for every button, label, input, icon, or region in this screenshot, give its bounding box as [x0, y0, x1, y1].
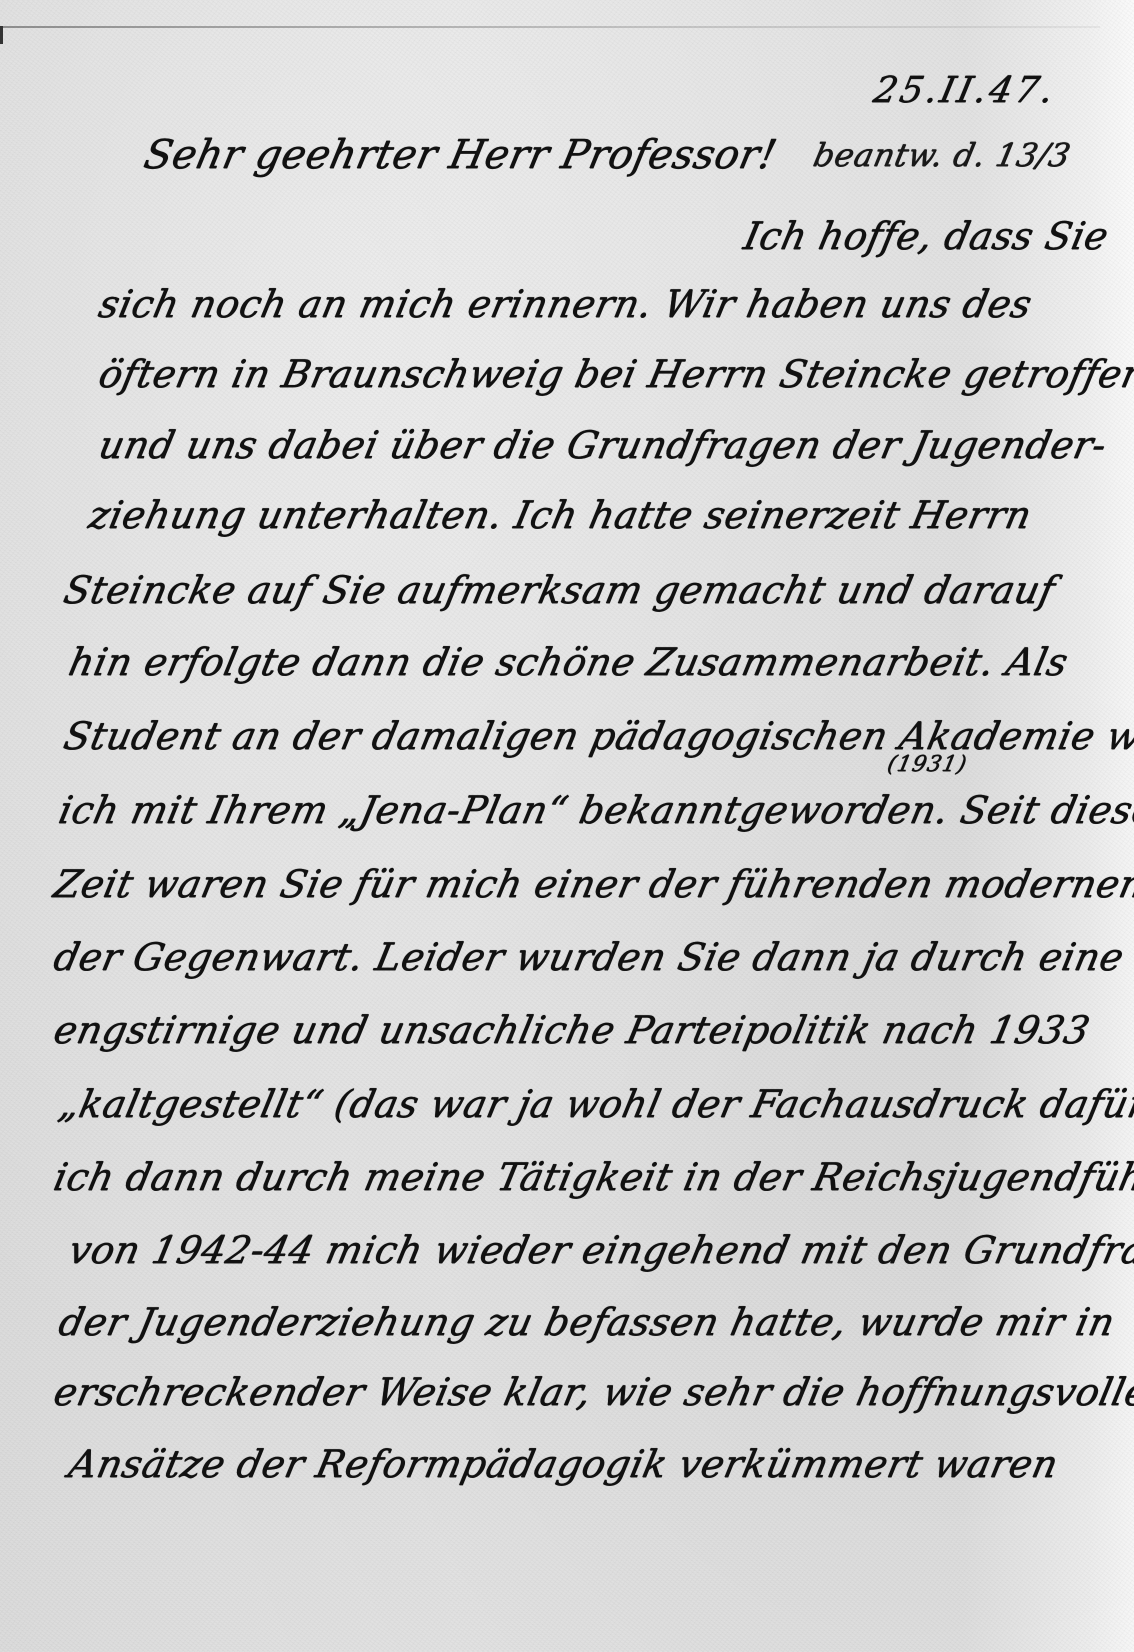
letter-line-1: Ich hoffe, dass Sie [740, 214, 1113, 258]
letter-line-11: der Gegenwart. Leider wurden Sie dann ja… [50, 935, 1134, 979]
margin-annotation: beantw. d. 13/3 [810, 136, 1074, 174]
page-corner-mark [0, 26, 3, 44]
letter-line-13: „kaltgestellt“ (das war ja wohl der Fach… [55, 1082, 1134, 1126]
letter-line-16: der Jugenderziehung zu befassen hatte, w… [55, 1300, 1119, 1344]
letter-line-5: ziehung unterhalten. Ich hatte seinerzei… [85, 493, 1036, 537]
year-note: (1931) [885, 752, 969, 777]
letter-line-7: hin erfolgte dann die schöne Zusammenarb… [65, 640, 1072, 684]
letter-line-12: engstirnige und unsachliche Parteipoliti… [50, 1008, 1094, 1052]
letter-line-4: und uns dabei über die Grundfragen der J… [95, 423, 1111, 467]
letter-line-8: Student an der damaligen pädagogischen A… [60, 714, 1134, 758]
letter-line-17: erschreckender Weise klar, wie sehr die … [50, 1370, 1134, 1414]
letter-line-6: Steincke auf Sie aufmerksam gemacht und … [60, 568, 1059, 612]
letter-line-3: öftern in Braunschweig bei Herrn Steinck… [95, 352, 1134, 396]
letter-line-15: von 1942-44 mich wieder eingehend mit de… [65, 1228, 1134, 1272]
letter-line-2: sich noch an mich erinnern. Wir haben un… [95, 282, 1036, 326]
letter-page: 25.II.47. Sehr geehrter Herr Professor! … [0, 0, 1134, 1652]
page-top-edge [0, 26, 1100, 28]
letter-line-18: Ansätze der Reformpädagogik verkümmert w… [65, 1442, 1062, 1486]
letter-date: 25.II.47. [870, 70, 1060, 111]
letter-line-9: ich mit Ihrem „Jena-Plan“ bekanntgeworde… [55, 788, 1134, 832]
letter-line-14: ich dann durch meine Tätigkeit in der Re… [50, 1155, 1134, 1199]
letter-line-10: Zeit waren Sie für mich einer der führen… [50, 862, 1134, 906]
salutation: Sehr geehrter Herr Professor! [140, 132, 781, 178]
